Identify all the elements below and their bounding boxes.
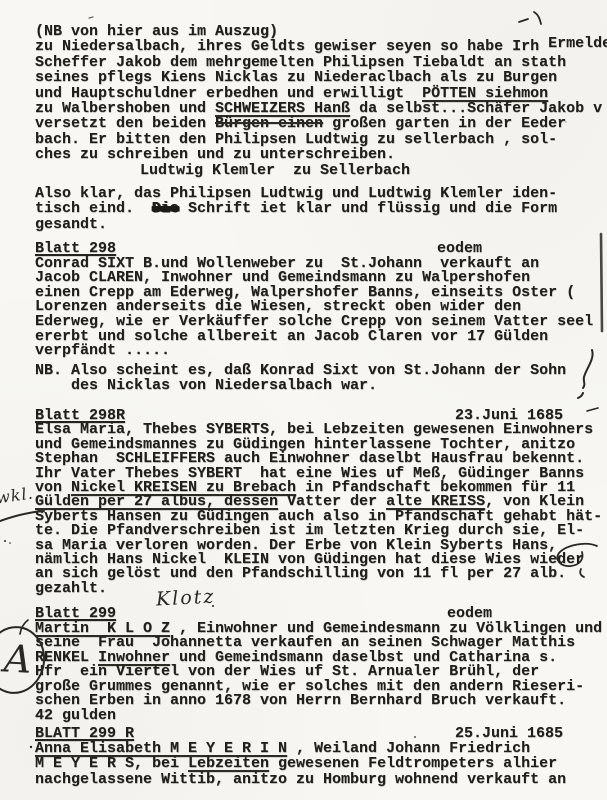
text-segment: verpfändt ..... (35, 342, 170, 359)
document: (NB von hier aus im Auszug)zu Niedersalb… (0, 0, 607, 800)
text-segment: gewesenen Feldtrompeters alhier (269, 755, 557, 772)
hand-underlined-text: Lebzeiten (188, 755, 269, 772)
section-nb-note: NB. Also scheint es, daß Konrad Sixt von… (35, 363, 607, 393)
text-line: an sich gelöst und den Pfandschilling vo… (35, 567, 607, 581)
text-segment: gesandt. (35, 216, 107, 233)
text-line: gezahlt. (35, 582, 607, 596)
text-line: des Nicklas von Niedersalbach war. (35, 378, 607, 393)
text-line: nachgelassene Wittib, anitzo zu Homburg … (35, 772, 607, 787)
text-segment: gezahlt. (35, 580, 107, 597)
text-segment: versetzt den beiden (35, 115, 215, 132)
section-intro: (NB von hier aus im Auszug)zu Niedersalb… (35, 24, 607, 178)
text-line: zu Niedersalbach, ihres Geldts gewiser s… (35, 39, 607, 54)
handwritten-note-klotz: Klotz (155, 585, 215, 610)
section-blatt-298r: Blatt 298R23.Juni 1685Elsa Maria, Thebes… (35, 409, 607, 596)
text-line: schen Erben in anno 1678 von Herrn Bernh… (35, 694, 607, 709)
hand-underlined-text: PÖTTEN siehmon (422, 85, 548, 102)
text-line: Ludtwig Klemler zu Sellerbach (35, 163, 607, 178)
text-segment: Ermelde (548, 35, 607, 52)
text-line: 42 gulden (35, 709, 607, 724)
scribbled-out-text: Die (152, 200, 179, 217)
text-line: ches zu schreiben und zu unterschreiben. (35, 147, 607, 162)
text-segment: großen garten in der Eeder (323, 115, 566, 132)
text-segment: an sich gelöst und den Pfandschilling vo… (35, 565, 566, 582)
text-line: BLATT 299 R25.Juni 1685 (35, 726, 607, 741)
section-comment: Also klar, das Philipsen Ludtwig und Lud… (35, 186, 607, 232)
text-segment: ches zu schreiben und zu unterschreiben. (35, 146, 395, 163)
text-segment: zu Niedersalbach, ihres Geldts gewiser s… (35, 38, 548, 55)
section-blatt-299: Blatt 299eodemMartin K L O Z , Einwohner… (35, 607, 607, 723)
circled-letter-glyph: A (3, 636, 33, 681)
text-line: bach. Er bitten den Philipsen Ludtwig zu… (35, 132, 607, 147)
text-line: NB. Also scheint es, daß Konrad Sixt von… (35, 363, 607, 378)
text-segment: tisch eind. (35, 200, 152, 217)
heading-right-text: 25.Juni 1685 (455, 726, 563, 741)
text-line: gesandt. (35, 217, 607, 232)
text-line: und Hauptschuldner erbedhen und erwillig… (35, 86, 607, 101)
text-segment: seines pflegs Kiens Nicklas zu Niederacl… (35, 69, 557, 86)
section-blatt-298: Blatt 298eodemConrad SIXT B.und Wollenwe… (35, 242, 607, 359)
text-segment: Ludtwig Klemler zu Sellerbach (140, 162, 410, 179)
text-line: versetzt den beiden Bürgen einen großen … (35, 116, 607, 131)
section-blatt-299r: BLATT 299 R25.Juni 1685Anna Elisabeth M … (35, 726, 607, 787)
text-segment: M E Y E R S, bei (35, 755, 188, 772)
text-line: verpfändt ..... (35, 344, 607, 359)
text-segment: und Hauptschuldner erbedhen und erwillig… (35, 85, 422, 102)
text-segment: 42 gulden (35, 707, 116, 724)
text-segment: des Nicklas von Niedersalbach war. (35, 377, 377, 394)
text-segment: Schrift iet klar und flüssig und die For… (179, 200, 557, 217)
text-line: M E Y E R S, bei Lebzeiten gewesenen Fel… (35, 756, 607, 771)
text-line: Scheffer Jakob dem mehrgemelten Philipse… (35, 55, 607, 70)
text-segment: nachgelassene Wittib, anitzo zu Homburg … (35, 771, 566, 788)
text-line: seines pflegs Kiens Nicklas zu Niederacl… (35, 70, 607, 85)
text-line: tisch eind. Die Schrift iet klar und flü… (35, 201, 607, 216)
struck-text: Bürgen einen (215, 115, 323, 132)
